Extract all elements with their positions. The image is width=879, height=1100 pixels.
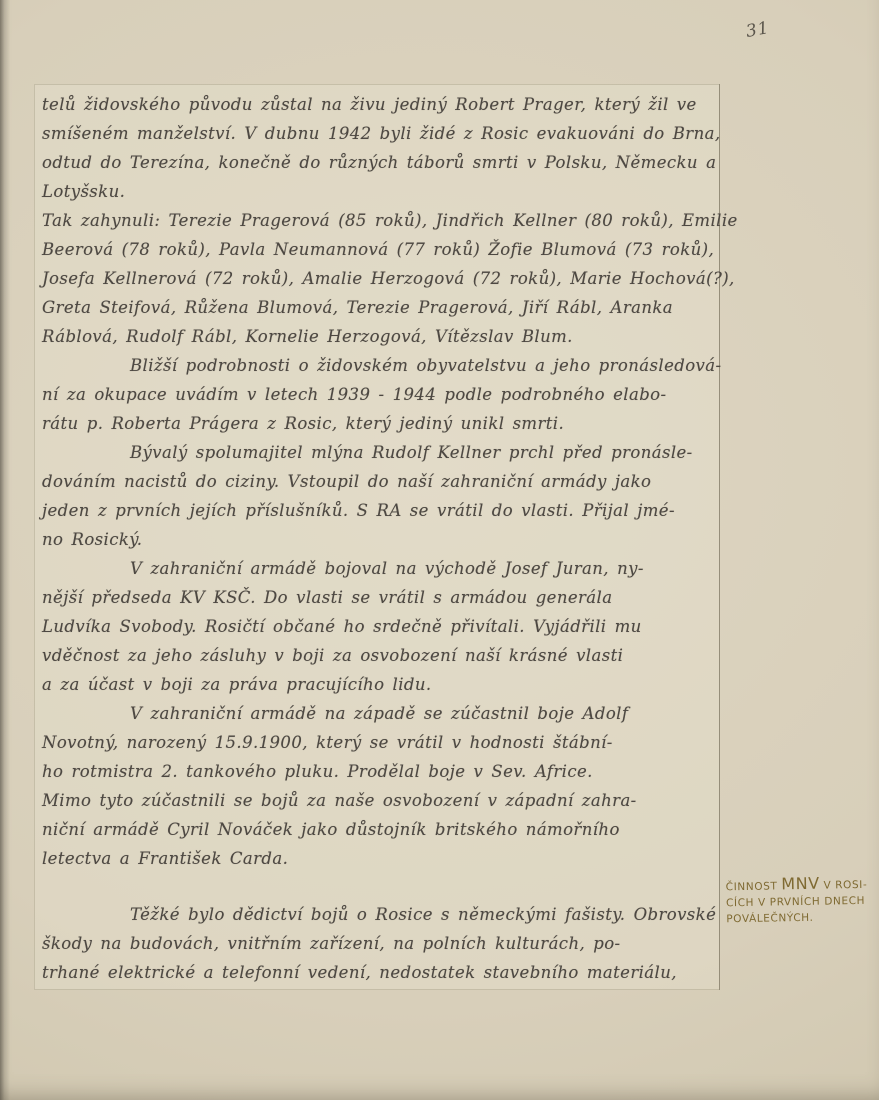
handwritten-line: odtud do Terezína, konečně do různých tá… (42, 148, 714, 177)
handwritten-text-block: telů židovského původu zůstal na živu je… (42, 90, 714, 987)
handwritten-line: rátu p. Roberta Prágera z Rosic, který j… (42, 409, 714, 438)
handwritten-line: nější předseda KV KSČ. Do vlasti se vrát… (42, 583, 714, 612)
handwritten-line: Greta Steifová, Růžena Blumová, Terezie … (42, 293, 714, 322)
margin-note-mnv: MNV (781, 874, 820, 894)
handwritten-line: letectva a František Carda. (42, 844, 714, 873)
handwritten-line: V zahraniční armádě bojoval na východě J… (42, 554, 714, 583)
margin-note-line: POVÁLEČNÝCH. (726, 909, 876, 928)
handwritten-line: niční armádě Cyril Nováček jako důstojní… (42, 815, 714, 844)
handwritten-line: dováním nacistů do ciziny. Vstoupil do n… (42, 467, 714, 496)
handwritten-line: Novotný, narozený 15.9.1900, který se vr… (42, 728, 714, 757)
handwritten-line: a za účast v boji za práva pracujícího l… (42, 670, 714, 699)
handwritten-line: trhané elektrické a telefonní vedení, ne… (42, 958, 714, 987)
manuscript-page: 31 telů židovského původu zůstal na živu… (0, 0, 879, 1100)
handwritten-line: smíšeném manželství. V dubnu 1942 byli ž… (42, 119, 714, 148)
handwritten-line: vděčnost za jeho zásluhy v boji za osvob… (42, 641, 714, 670)
page-edge-shadow (0, 0, 10, 1100)
handwritten-line: Ráblová, Rudolf Rábl, Kornelie Herzogová… (42, 322, 714, 351)
handwritten-line: Bývalý spolumajitel mlýna Rudolf Kellner… (42, 438, 714, 467)
page-number: 31 (744, 18, 771, 42)
handwritten-line: Ludvíka Svobody. Rosičtí občané ho srdeč… (42, 612, 714, 641)
handwritten-line: ní za okupace uvádím v letech 1939 - 194… (42, 380, 714, 409)
margin-note-text: V ROSI- (819, 879, 867, 892)
handwritten-line: Tak zahynuli: Terezie Pragerová (85 roků… (42, 206, 714, 235)
handwritten-line: Bližší podrobnosti o židovském obyvatels… (42, 351, 714, 380)
handwritten-line: jeden z prvních jejích příslušníků. S RA… (42, 496, 714, 525)
handwritten-line: Mimo tyto zúčastnili se bojů za naše osv… (42, 786, 714, 815)
handwritten-line: Těžké bylo dědictví bojů o Rosice s něme… (42, 900, 714, 929)
margin-note-text: ČINNOST (726, 880, 782, 893)
margin-note: ČINNOST MNV V ROSI- CÍCH V PRVNÍCH DNECH… (726, 875, 877, 928)
handwritten-line: Lotyšsku. (42, 177, 714, 206)
handwritten-line: V zahraniční armádě na západě se zúčastn… (42, 699, 714, 728)
handwritten-line: škody na budovách, vnitřním zařízení, na… (42, 929, 714, 958)
handwritten-line: Josefa Kellnerová (72 roků), Amalie Herz… (42, 264, 714, 293)
handwritten-line: ho rotmistra 2. tankového pluku. Proděla… (42, 757, 714, 786)
handwritten-line: no Rosický. (42, 525, 714, 554)
handwritten-line: telů židovského původu zůstal na živu je… (42, 90, 714, 119)
margin-note-line: CÍCH V PRVNÍCH DNECH (726, 893, 876, 912)
handwritten-line: Beerová (78 roků), Pavla Neumannová (77 … (42, 235, 714, 264)
